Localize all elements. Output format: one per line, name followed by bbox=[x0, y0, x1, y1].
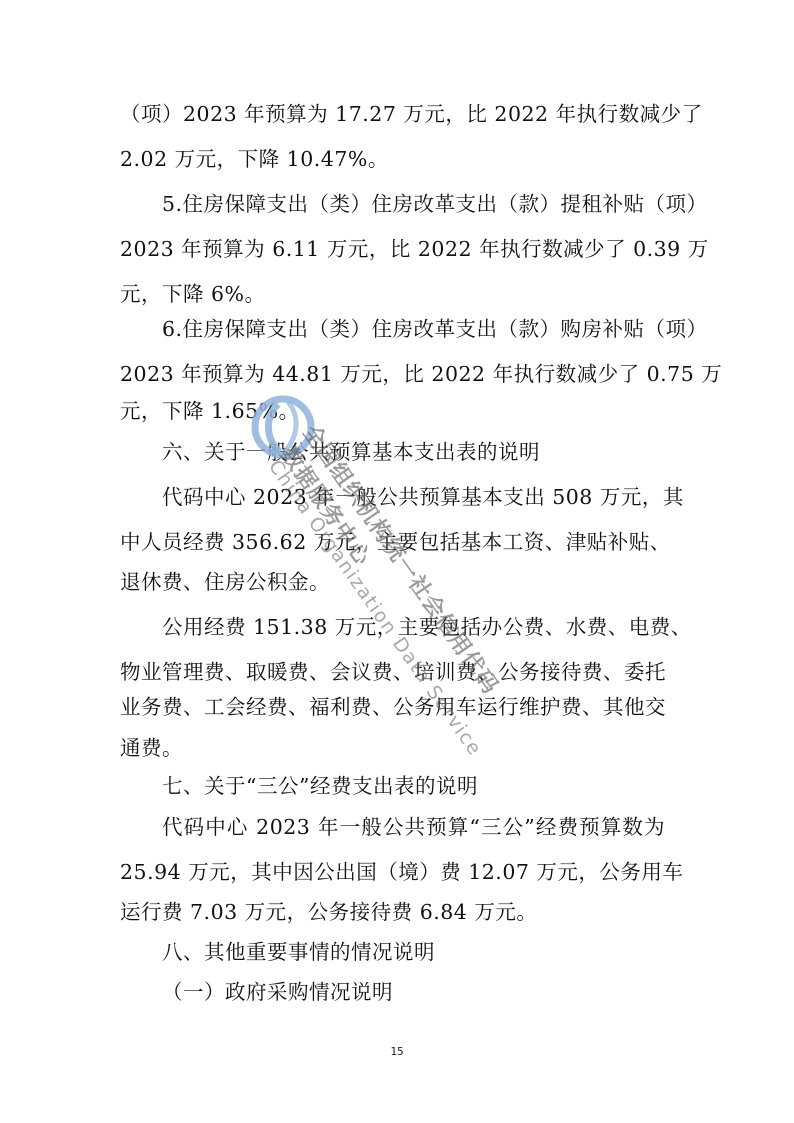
text-line: 通费。 bbox=[120, 735, 665, 761]
text-line: 2.02 万元，下降 10.47%。 bbox=[120, 146, 665, 172]
text-line: 5.住房保障支出（类）住房改革支出（款）提租补贴（项） bbox=[162, 191, 665, 217]
text-line: 七、关于“三公”经费支出表的说明 bbox=[162, 773, 665, 799]
text-line: 代码中心 2023 年一般公共预算“三公”经费预算数为 bbox=[162, 814, 665, 840]
text-line: 八、其他重要事情的情况说明 bbox=[162, 939, 665, 965]
text-line: 代码中心 2023 年一般公共预算基本支出 508 万元，其 bbox=[162, 484, 665, 510]
text-line: 元，下降 1.65%。 bbox=[120, 398, 665, 424]
text-line: 运行费 7.03 万元，公务接待费 6.84 万元。 bbox=[120, 899, 665, 925]
text-line: 25.94 万元，其中因公出国（境）费 12.07 万元，公务用车 bbox=[120, 859, 665, 885]
text-line: 退休费、住房公积金。 bbox=[120, 569, 665, 595]
text-line: 2023 年预算为 6.11 万元，比 2022 年执行数减少了 0.39 万 bbox=[120, 236, 665, 262]
text-line: （一）政府采购情况说明 bbox=[162, 979, 665, 1005]
text-line: 物业管理费、取暖费、会议费、培训费、公务接待费、委托 bbox=[120, 659, 665, 685]
text-line: 公用经费 151.38 万元，主要包括办公费、水费、电费、 bbox=[162, 614, 665, 640]
page-number: 15 bbox=[0, 1045, 794, 1058]
text-line: 六、关于一般公共预算基本支出表的说明 bbox=[162, 439, 665, 465]
document-page: （项）2023 年预算为 17.27 万元，比 2022 年执行数减少了2.02… bbox=[0, 0, 794, 1123]
text-line: 中人员经费 356.62 万元，主要包括基本工资、津贴补贴、 bbox=[120, 529, 665, 555]
text-line: 2023 年预算为 44.81 万元，比 2022 年执行数减少了 0.75 万 bbox=[120, 361, 665, 387]
text-line: 元，下降 6%。 bbox=[120, 281, 665, 307]
text-line: 6.住房保障支出（类）住房改革支出（款）购房补贴（项） bbox=[162, 316, 665, 342]
text-line: 业务费、工会经费、福利费、公务用车运行维护费、其他交 bbox=[120, 694, 665, 720]
text-line: （项）2023 年预算为 17.27 万元，比 2022 年执行数减少了 bbox=[120, 101, 665, 127]
